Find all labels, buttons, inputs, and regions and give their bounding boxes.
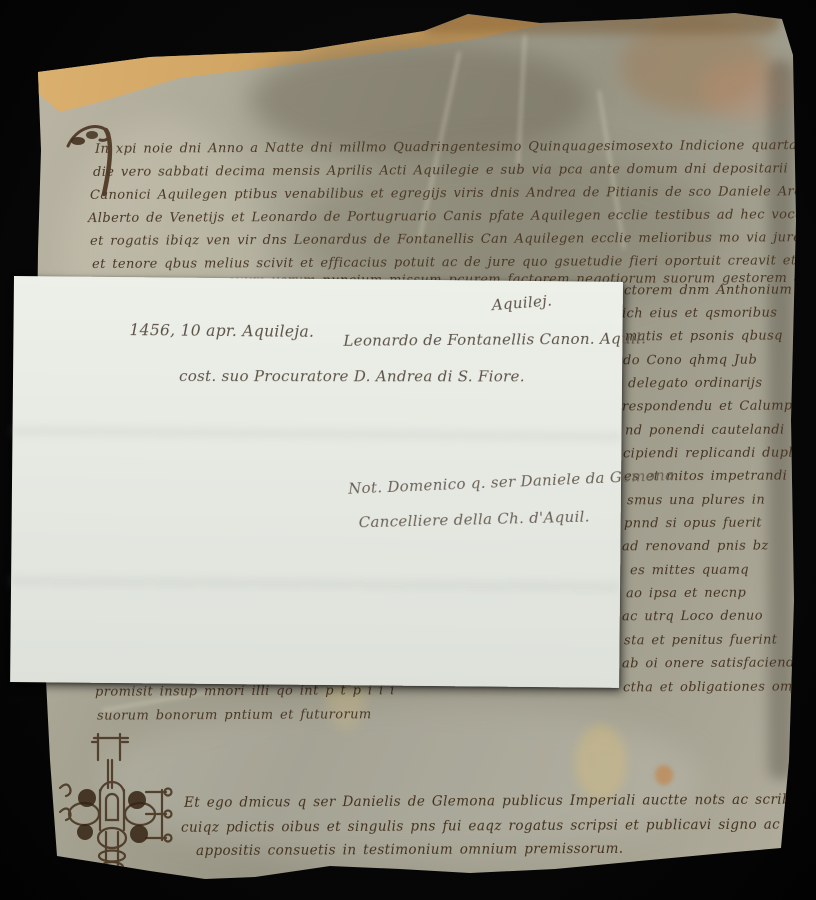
notary-subscription-line: Et ego dmicus q ser Danielis de Glemona … [184, 791, 816, 811]
manuscript-fragment: ab oi onere satisfaciendi [622, 656, 799, 672]
manuscript-fragment: cipiendi replicandi dupli [623, 446, 798, 462]
manuscript-fragment: ich eius et qsmoribus [622, 306, 777, 322]
slip-action: cost. suo Procuratore D. Andrea di S. Fi… [179, 367, 525, 385]
manuscript-line: promisit insup mnori illi qo int p t p i… [95, 683, 395, 700]
photo-background: In xpi noie dni Anno a Natte dni millmo … [0, 0, 816, 900]
slip-paper-texture [11, 576, 620, 592]
slip-notary-title: Cancelliere della Ch. d'Aquil. [358, 508, 589, 532]
archival-slip: Aquilej. 1456, 10 apr. Aquileja. Leonard… [10, 276, 623, 688]
notary-subscription-line: appositis consuetis in testimonium omniu… [196, 841, 624, 859]
manuscript-fragment: ctorem dnm Anthonium [624, 283, 792, 299]
parchment-stain [100, 700, 700, 860]
slip-corner-note: Aquilej. [491, 292, 553, 315]
notary-subscription-line: cuiqz pdictis oibus et singulis pns fui … [181, 816, 816, 836]
manuscript-fragment: ac utrq Loco denuo [622, 609, 763, 625]
notarial-sign-drawing [50, 728, 175, 886]
slip-date: 1456, 10 apr. Aquileja. [129, 321, 314, 341]
manuscript-fragment: ao ipsa et necnp [626, 586, 746, 602]
manuscript-fragment: ad renovand pnis bz [622, 539, 769, 555]
manuscript-fragment: ctha et obligationes omj [623, 680, 797, 696]
manuscript-fragment: smus una plures in [627, 493, 765, 509]
manuscript-line: suorum bonorum pntium et futurorum [97, 707, 372, 723]
manuscript-fragment: respondendu et Calumpnia [622, 398, 814, 414]
manuscript-fragment: do Cono qhmq Jub [623, 353, 757, 369]
manuscript-fragment: delegato ordinarijs [628, 376, 763, 392]
slip-paper-texture [12, 426, 621, 442]
manuscript-fragment: sta et penitus fuerint [624, 633, 777, 649]
manuscript-fragment: matis et psonis qbusq [625, 329, 783, 345]
manuscript-fragment: nd ponendi cautelandi [625, 423, 785, 439]
manuscript-fragment: es mittes quamq [630, 563, 749, 579]
manuscript-fragment: pnnd si opus fuerit [624, 516, 762, 532]
manuscript-right-column: ctorem dnm Anthonium ich eius et qsmorib… [622, 0, 796, 900]
initial-flourish-mark [64, 118, 130, 198]
slip-party: Leonardo de Fontanellis Canon. Aquil. [343, 329, 646, 349]
